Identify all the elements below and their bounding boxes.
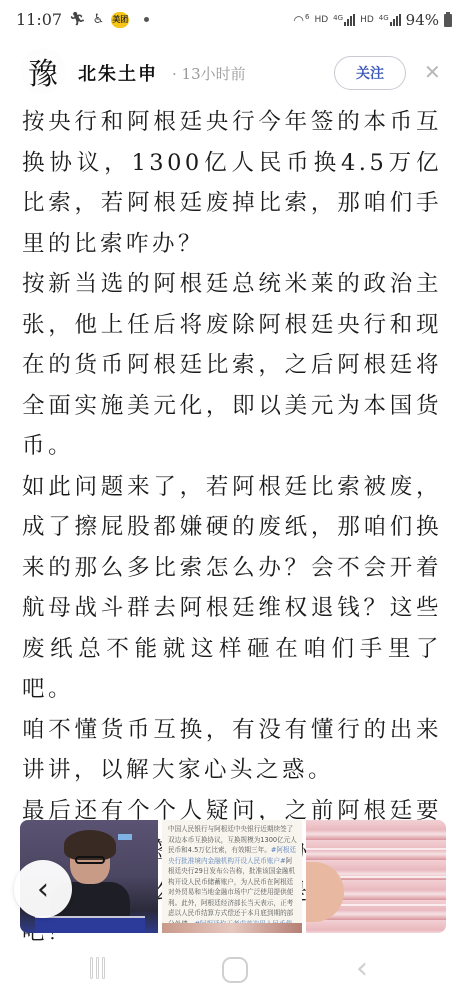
status-bar: 11:07 🏃︎ ♿︎ 美团 ◠6 HD 4G HD 4G 94% bbox=[0, 0, 466, 40]
clock: 11:07 bbox=[16, 10, 62, 29]
post-time: · 13小时前 bbox=[172, 63, 246, 84]
author-name[interactable]: 北朱土申 bbox=[78, 60, 158, 86]
battery-icon bbox=[444, 14, 452, 27]
cycling-person-icon: ♿︎ bbox=[93, 12, 105, 27]
glasses-decoration bbox=[75, 856, 105, 864]
hand-decoration bbox=[306, 862, 344, 922]
image-news-caption[interactable]: 中国人民银行与阿根廷中央银行近期续签了双边本币互换协议，互换规模为1300亿元人… bbox=[162, 820, 302, 933]
sim1-hd-label: HD bbox=[314, 15, 328, 25]
chevron-left-icon: ‹ bbox=[37, 872, 49, 907]
follow-button[interactable]: 关注 bbox=[334, 56, 406, 90]
sim1-signal-icon: 4G bbox=[333, 14, 355, 26]
recent-apps-button[interactable] bbox=[90, 957, 108, 985]
close-icon[interactable]: ✕ bbox=[424, 60, 441, 84]
flag-decoration bbox=[118, 834, 132, 840]
image-gallery: 中国人民银行与阿根廷中央银行近期续签了双边本币互换协议，互换规模为1300亿元人… bbox=[20, 820, 446, 933]
sim2-hd-label: HD bbox=[360, 15, 374, 25]
floating-back-button[interactable]: ‹ bbox=[14, 860, 72, 918]
paragraph: 按新当选的阿根廷总统米莱的政治主张，他上任后将废除阿根廷央行和现在的货币阿根廷比… bbox=[22, 264, 442, 467]
back-button[interactable]: ‹ bbox=[356, 951, 368, 986]
wifi-icon: ◠6 bbox=[294, 13, 310, 27]
paragraph: 咱不懂货币互换，有没有懂行的出来讲讲，以解大家心头之惑。 bbox=[22, 710, 442, 791]
battery-percent: 94% bbox=[406, 11, 439, 29]
paragraph: 按央行和阿根廷央行今年签的本币互换协议，1300亿人民币换4.5万亿比索，若阿根… bbox=[22, 102, 442, 264]
system-nav-bar: ‹ bbox=[0, 945, 466, 1000]
paragraph: 如此问题来了，若阿根廷比索被废，成了擦屁股都嫌硬的废纸，那咱们换来的那么多比索怎… bbox=[22, 467, 442, 710]
avatar[interactable]: 豫 bbox=[20, 48, 66, 94]
post-header: 豫 北朱土申 · 13小时前 关注 ✕ bbox=[0, 48, 466, 98]
podium-decoration bbox=[35, 916, 145, 933]
caption-image-strip bbox=[162, 923, 302, 933]
image-rmb-bills[interactable] bbox=[306, 820, 446, 933]
notification-dot-icon bbox=[144, 17, 149, 22]
sim2-signal-icon: 4G bbox=[379, 14, 401, 26]
home-button[interactable] bbox=[222, 957, 248, 983]
running-person-icon: 🏃︎ bbox=[69, 12, 86, 27]
news-caption-text: 中国人民银行与阿根廷中央银行近期续签了双边本币互换协议，互换规模为1300亿元人… bbox=[168, 824, 298, 933]
meituan-app-icon: 美团 bbox=[111, 12, 129, 28]
